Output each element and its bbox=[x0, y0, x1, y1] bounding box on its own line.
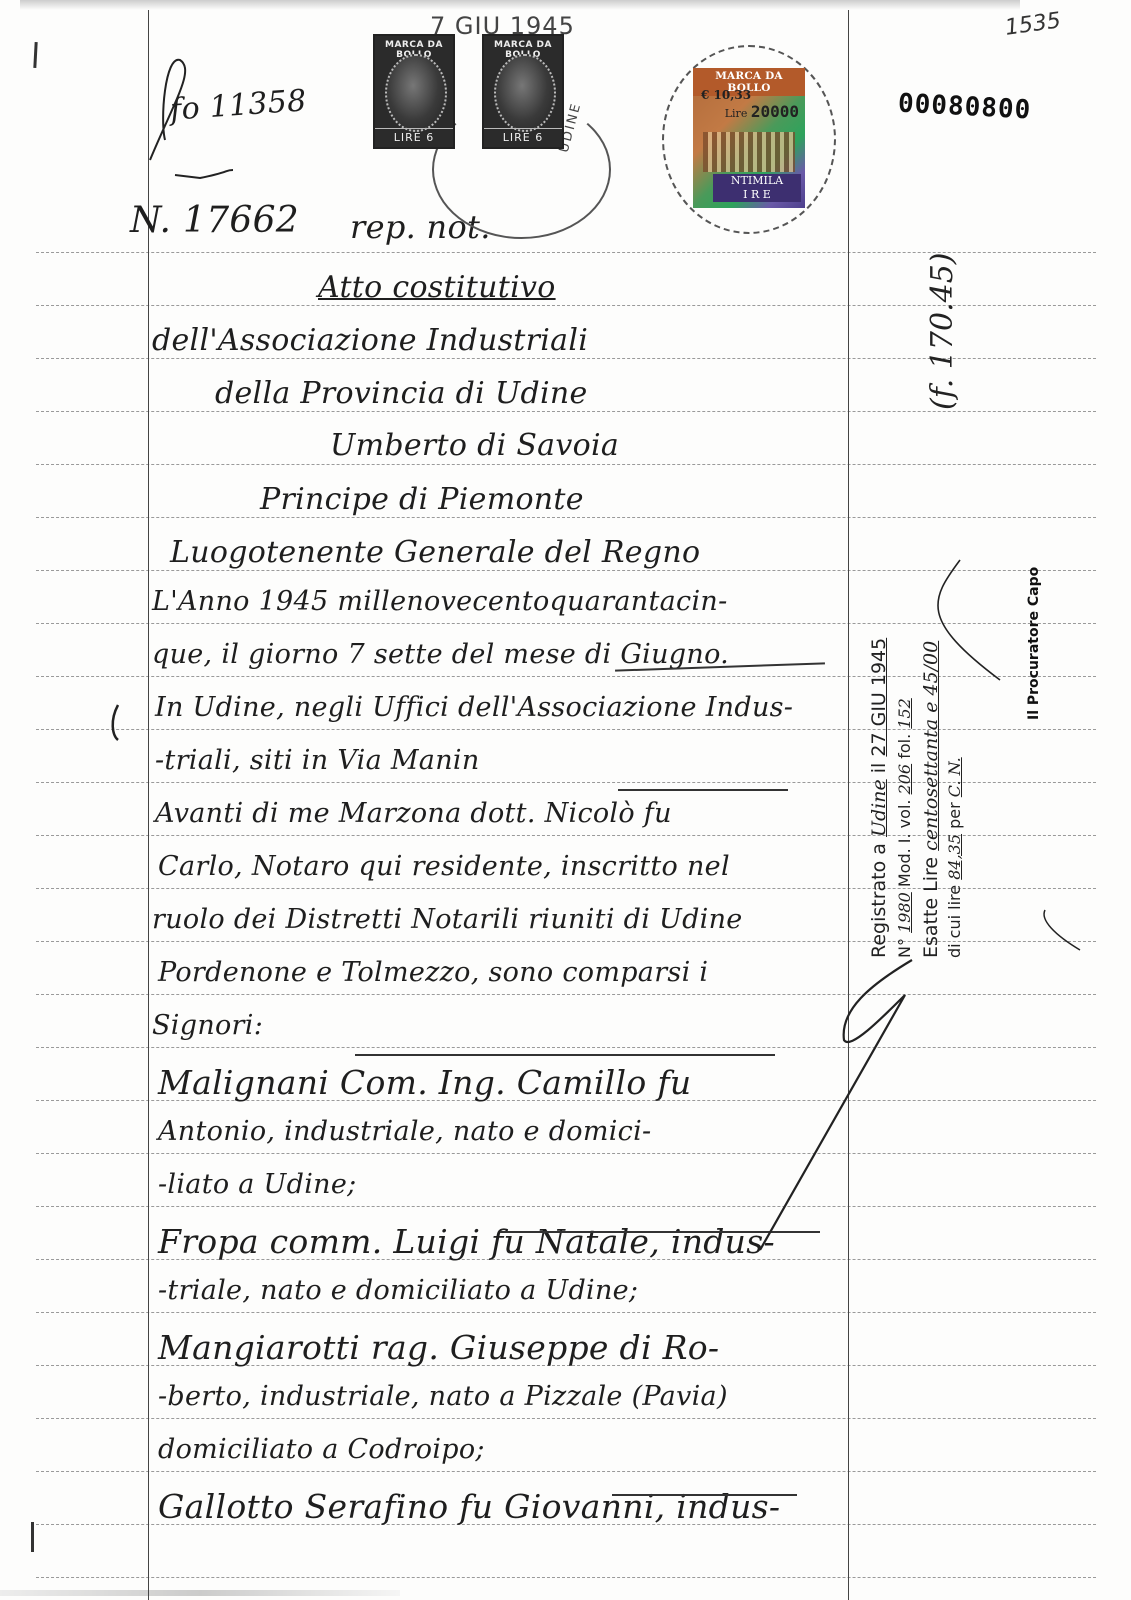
notarial-document-page: fo 11358 N. 17662 rep. not. 7 GIU 1945 U… bbox=[0, 0, 1131, 1600]
pen-strokes-overlay bbox=[0, 0, 1131, 1600]
